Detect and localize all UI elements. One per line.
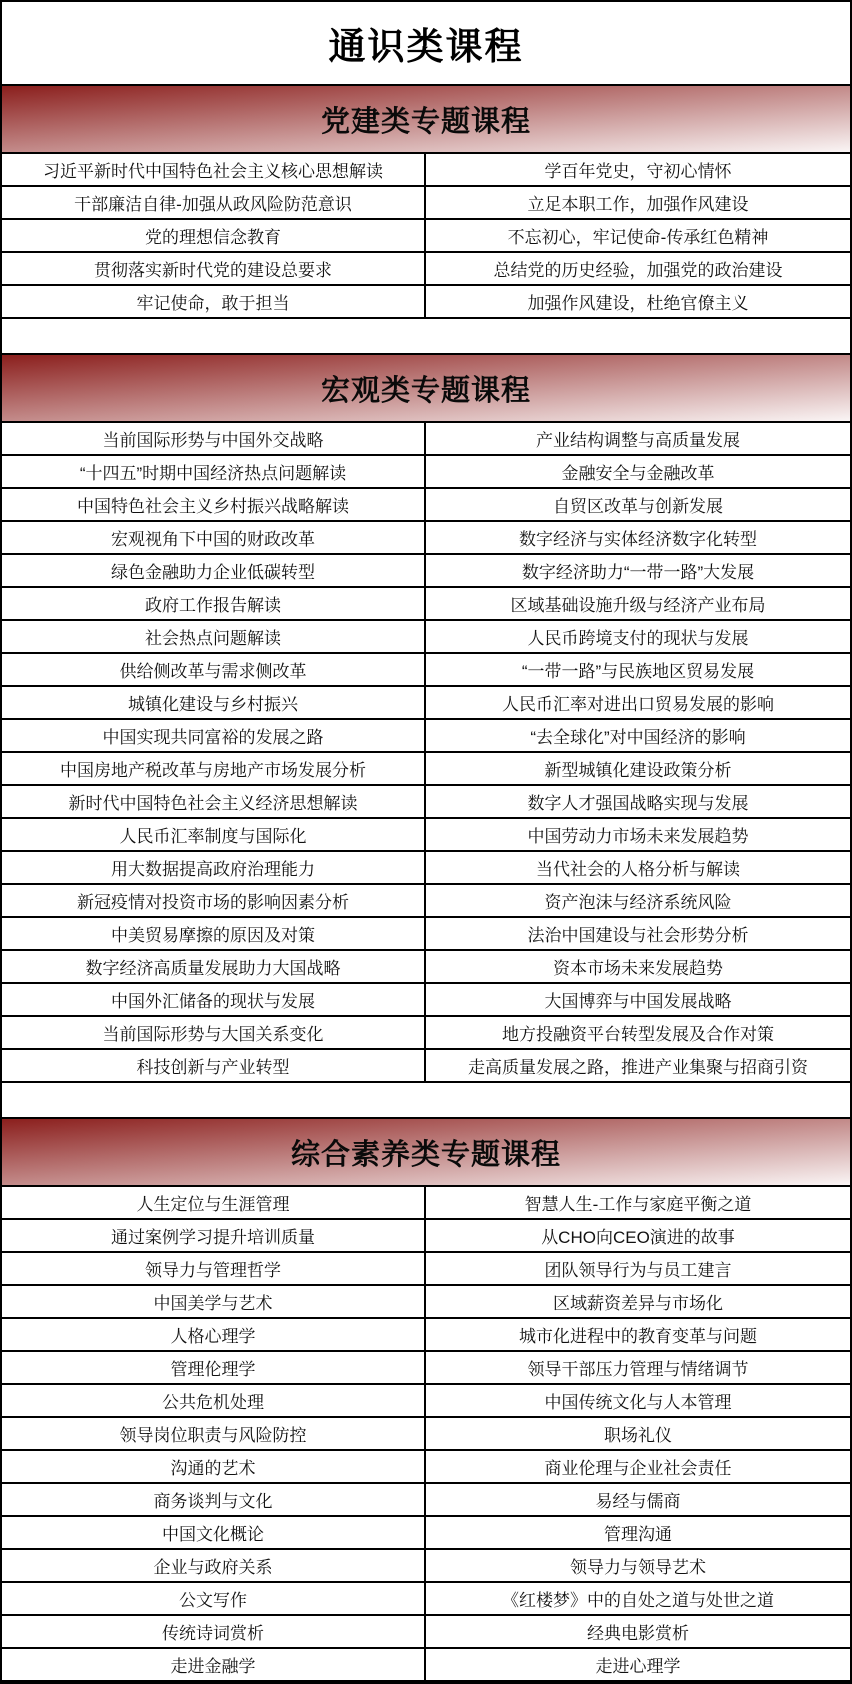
course-cell: 公文写作 [2, 1583, 426, 1614]
course-cell: 传统诗词赏析 [2, 1616, 426, 1647]
course-cell: 管理伦理学 [2, 1352, 426, 1383]
table-row: 社会热点问题解读人民币跨境支付的现状与发展 [2, 621, 850, 654]
course-cell: 公共危机处理 [2, 1385, 426, 1416]
course-cell: 法治中国建设与社会形势分析 [426, 918, 850, 949]
course-cell: 走进心理学 [426, 1649, 850, 1680]
course-cell: 人民币汇率对进出口贸易发展的影响 [426, 687, 850, 718]
course-cell: 通过案例学习提升培训质量 [2, 1220, 426, 1251]
course-cell: 领导干部压力管理与情绪调节 [426, 1352, 850, 1383]
table-row: 中国实现共同富裕的发展之路“去全球化”对中国经济的影响 [2, 720, 850, 753]
course-cell: 当代社会的人格分析与解读 [426, 852, 850, 883]
course-catalog-page: 通识类课程 党建类专题课程习近平新时代中国特色社会主义核心思想解读学百年党史，守… [0, 0, 852, 1684]
course-cell: 大国博弈与中国发展战略 [426, 984, 850, 1015]
table-row: 供给侧改革与需求侧改革“一带一路”与民族地区贸易发展 [2, 654, 850, 687]
course-cell: 中国美学与艺术 [2, 1286, 426, 1317]
table-row: 贯彻落实新时代党的建设总要求总结党的历史经验，加强党的政治建设 [2, 253, 850, 286]
course-cell: 总结党的历史经验，加强党的政治建设 [426, 253, 850, 284]
course-section: 宏观类专题课程当前国际形势与中国外交战略产业结构调整与高质量发展“十四五”时期中… [2, 353, 850, 1083]
course-cell: 绿色金融助力企业低碳转型 [2, 555, 426, 586]
table-row: “十四五”时期中国经济热点问题解读金融安全与金融改革 [2, 456, 850, 489]
table-row: 党的理想信念教育不忘初心，牢记使命-传承红色精神 [2, 220, 850, 253]
course-cell: 学百年党史，守初心情怀 [426, 154, 850, 185]
section-header: 党建类专题课程 [2, 84, 850, 154]
course-cell: 产业结构调整与高质量发展 [426, 423, 850, 454]
table-row: 走进金融学走进心理学 [2, 1649, 850, 1682]
table-row: 城镇化建设与乡村振兴人民币汇率对进出口贸易发展的影响 [2, 687, 850, 720]
table-row: 用大数据提高政府治理能力当代社会的人格分析与解读 [2, 852, 850, 885]
course-cell: 职场礼仪 [426, 1418, 850, 1449]
course-cell: “一带一路”与民族地区贸易发展 [426, 654, 850, 685]
table-row: 传统诗词赏析经典电影赏析 [2, 1616, 850, 1649]
section-header: 综合素养类专题课程 [2, 1117, 850, 1187]
course-cell: 领导力与管理哲学 [2, 1253, 426, 1284]
course-cell: 数字经济高质量发展助力大国战略 [2, 951, 426, 982]
course-cell: 新冠疫情对投资市场的影响因素分析 [2, 885, 426, 916]
table-row: 绿色金融助力企业低碳转型数字经济助力“一带一路”大发展 [2, 555, 850, 588]
course-cell: 中国特色社会主义乡村振兴战略解读 [2, 489, 426, 520]
course-cell: 智慧人生-工作与家庭平衡之道 [426, 1187, 850, 1218]
table-row: 公文写作《红楼梦》中的自处之道与处世之道 [2, 1583, 850, 1616]
table-row: 新冠疫情对投资市场的影响因素分析资产泡沫与经济系统风险 [2, 885, 850, 918]
table-row: 管理伦理学领导干部压力管理与情绪调节 [2, 1352, 850, 1385]
course-table: 人生定位与生涯管理智慧人生-工作与家庭平衡之道通过案例学习提升培训质量从CHO向… [2, 1187, 850, 1682]
course-cell: 牢记使命，敢于担当 [2, 286, 426, 317]
table-row: 新时代中国特色社会主义经济思想解读数字人才强国战略实现与发展 [2, 786, 850, 819]
table-row: 中国文化概论管理沟通 [2, 1517, 850, 1550]
table-row: 科技创新与产业转型走高质量发展之路，推进产业集聚与招商引资 [2, 1050, 850, 1083]
course-cell: 领导岗位职责与风险防控 [2, 1418, 426, 1449]
course-cell: 中国实现共同富裕的发展之路 [2, 720, 426, 751]
course-cell: 习近平新时代中国特色社会主义核心思想解读 [2, 154, 426, 185]
course-cell: 城镇化建设与乡村振兴 [2, 687, 426, 718]
course-cell: 领导力与领导艺术 [426, 1550, 850, 1581]
course-cell: 当前国际形势与中国外交战略 [2, 423, 426, 454]
course-cell: 企业与政府关系 [2, 1550, 426, 1581]
section-header: 宏观类专题课程 [2, 353, 850, 423]
course-cell: 人生定位与生涯管理 [2, 1187, 426, 1218]
course-cell: 地方投融资平台转型发展及合作对策 [426, 1017, 850, 1048]
table-row: 中国美学与艺术区域薪资差异与市场化 [2, 1286, 850, 1319]
course-cell: 新型城镇化建设政策分析 [426, 753, 850, 784]
table-row: 干部廉洁自律-加强从政风险防范意识立足本职工作，加强作风建设 [2, 187, 850, 220]
table-row: 企业与政府关系领导力与领导艺术 [2, 1550, 850, 1583]
course-cell: 中国文化概论 [2, 1517, 426, 1548]
course-cell: 立足本职工作，加强作风建设 [426, 187, 850, 218]
course-cell: 数字经济助力“一带一路”大发展 [426, 555, 850, 586]
course-cell: 区域基础设施升级与经济产业布局 [426, 588, 850, 619]
table-row: 中美贸易摩擦的原因及对策法治中国建设与社会形势分析 [2, 918, 850, 951]
course-table: 习近平新时代中国特色社会主义核心思想解读学百年党史，守初心情怀干部廉洁自律-加强… [2, 154, 850, 319]
table-row: 习近平新时代中国特色社会主义核心思想解读学百年党史，守初心情怀 [2, 154, 850, 187]
table-row: 公共危机处理中国传统文化与人本管理 [2, 1385, 850, 1418]
course-cell: “十四五”时期中国经济热点问题解读 [2, 456, 426, 487]
course-cell: 宏观视角下中国的财政改革 [2, 522, 426, 553]
table-row: 通过案例学习提升培训质量从CHO向CEO演进的故事 [2, 1220, 850, 1253]
table-row: 宏观视角下中国的财政改革数字经济与实体经济数字化转型 [2, 522, 850, 555]
course-cell: 政府工作报告解读 [2, 588, 426, 619]
table-row: 沟通的艺术商业伦理与企业社会责任 [2, 1451, 850, 1484]
course-cell: 当前国际形势与大国关系变化 [2, 1017, 426, 1048]
table-row: 中国特色社会主义乡村振兴战略解读自贸区改革与创新发展 [2, 489, 850, 522]
course-cell: 人民币跨境支付的现状与发展 [426, 621, 850, 652]
course-cell: 《红楼梦》中的自处之道与处世之道 [426, 1583, 850, 1614]
course-cell: 城市化进程中的教育变革与问题 [426, 1319, 850, 1350]
course-cell: 资本市场未来发展趋势 [426, 951, 850, 982]
course-cell: 商务谈判与文化 [2, 1484, 426, 1515]
table-row: 人民币汇率制度与国际化中国劳动力市场未来发展趋势 [2, 819, 850, 852]
course-cell: 贯彻落实新时代党的建设总要求 [2, 253, 426, 284]
table-row: 人格心理学城市化进程中的教育变革与问题 [2, 1319, 850, 1352]
course-cell: 科技创新与产业转型 [2, 1050, 426, 1081]
course-cell: 新时代中国特色社会主义经济思想解读 [2, 786, 426, 817]
course-cell: 易经与儒商 [426, 1484, 850, 1515]
course-cell: 中国传统文化与人本管理 [426, 1385, 850, 1416]
course-cell: 经典电影赏析 [426, 1616, 850, 1647]
course-sections-container: 党建类专题课程习近平新时代中国特色社会主义核心思想解读学百年党史，守初心情怀干部… [2, 84, 850, 1682]
course-cell: 供给侧改革与需求侧改革 [2, 654, 426, 685]
table-row: 当前国际形势与中国外交战略产业结构调整与高质量发展 [2, 423, 850, 456]
table-row: 当前国际形势与大国关系变化地方投融资平台转型发展及合作对策 [2, 1017, 850, 1050]
course-cell: 自贸区改革与创新发展 [426, 489, 850, 520]
course-cell: 团队领导行为与员工建言 [426, 1253, 850, 1284]
table-row: 中国房地产税改革与房地产市场发展分析新型城镇化建设政策分析 [2, 753, 850, 786]
page-title: 通识类课程 [2, 2, 850, 84]
table-row: 领导岗位职责与风险防控职场礼仪 [2, 1418, 850, 1451]
course-cell: 社会热点问题解读 [2, 621, 426, 652]
course-cell: 人民币汇率制度与国际化 [2, 819, 426, 850]
course-cell: 不忘初心，牢记使命-传承红色精神 [426, 220, 850, 251]
course-cell: 沟通的艺术 [2, 1451, 426, 1482]
course-section: 党建类专题课程习近平新时代中国特色社会主义核心思想解读学百年党史，守初心情怀干部… [2, 84, 850, 319]
course-cell: 走进金融学 [2, 1649, 426, 1680]
course-cell: 管理沟通 [426, 1517, 850, 1548]
course-cell: 人格心理学 [2, 1319, 426, 1350]
course-cell: 中国房地产税改革与房地产市场发展分析 [2, 753, 426, 784]
course-cell: 商业伦理与企业社会责任 [426, 1451, 850, 1482]
course-cell: 中国劳动力市场未来发展趋势 [426, 819, 850, 850]
course-cell: 中美贸易摩擦的原因及对策 [2, 918, 426, 949]
table-row: 数字经济高质量发展助力大国战略资本市场未来发展趋势 [2, 951, 850, 984]
course-cell: 资产泡沫与经济系统风险 [426, 885, 850, 916]
course-cell: 中国外汇储备的现状与发展 [2, 984, 426, 1015]
course-section: 综合素养类专题课程人生定位与生涯管理智慧人生-工作与家庭平衡之道通过案例学习提升… [2, 1117, 850, 1682]
table-row: 人生定位与生涯管理智慧人生-工作与家庭平衡之道 [2, 1187, 850, 1220]
course-cell: 金融安全与金融改革 [426, 456, 850, 487]
course-cell: 干部廉洁自律-加强从政风险防范意识 [2, 187, 426, 218]
course-cell: 数字经济与实体经济数字化转型 [426, 522, 850, 553]
course-cell: 数字人才强国战略实现与发展 [426, 786, 850, 817]
table-row: 政府工作报告解读区域基础设施升级与经济产业布局 [2, 588, 850, 621]
course-cell: 党的理想信念教育 [2, 220, 426, 251]
course-cell: “去全球化”对中国经济的影响 [426, 720, 850, 751]
course-cell: 从CHO向CEO演进的故事 [426, 1220, 850, 1251]
table-row: 中国外汇储备的现状与发展大国博弈与中国发展战略 [2, 984, 850, 1017]
table-row: 商务谈判与文化易经与儒商 [2, 1484, 850, 1517]
table-row: 领导力与管理哲学团队领导行为与员工建言 [2, 1253, 850, 1286]
course-cell: 走高质量发展之路，推进产业集聚与招商引资 [426, 1050, 850, 1081]
course-cell: 加强作风建设，杜绝官僚主义 [426, 286, 850, 317]
course-cell: 用大数据提高政府治理能力 [2, 852, 426, 883]
course-table: 当前国际形势与中国外交战略产业结构调整与高质量发展“十四五”时期中国经济热点问题… [2, 423, 850, 1083]
course-cell: 区域薪资差异与市场化 [426, 1286, 850, 1317]
table-row: 牢记使命，敢于担当加强作风建设，杜绝官僚主义 [2, 286, 850, 319]
